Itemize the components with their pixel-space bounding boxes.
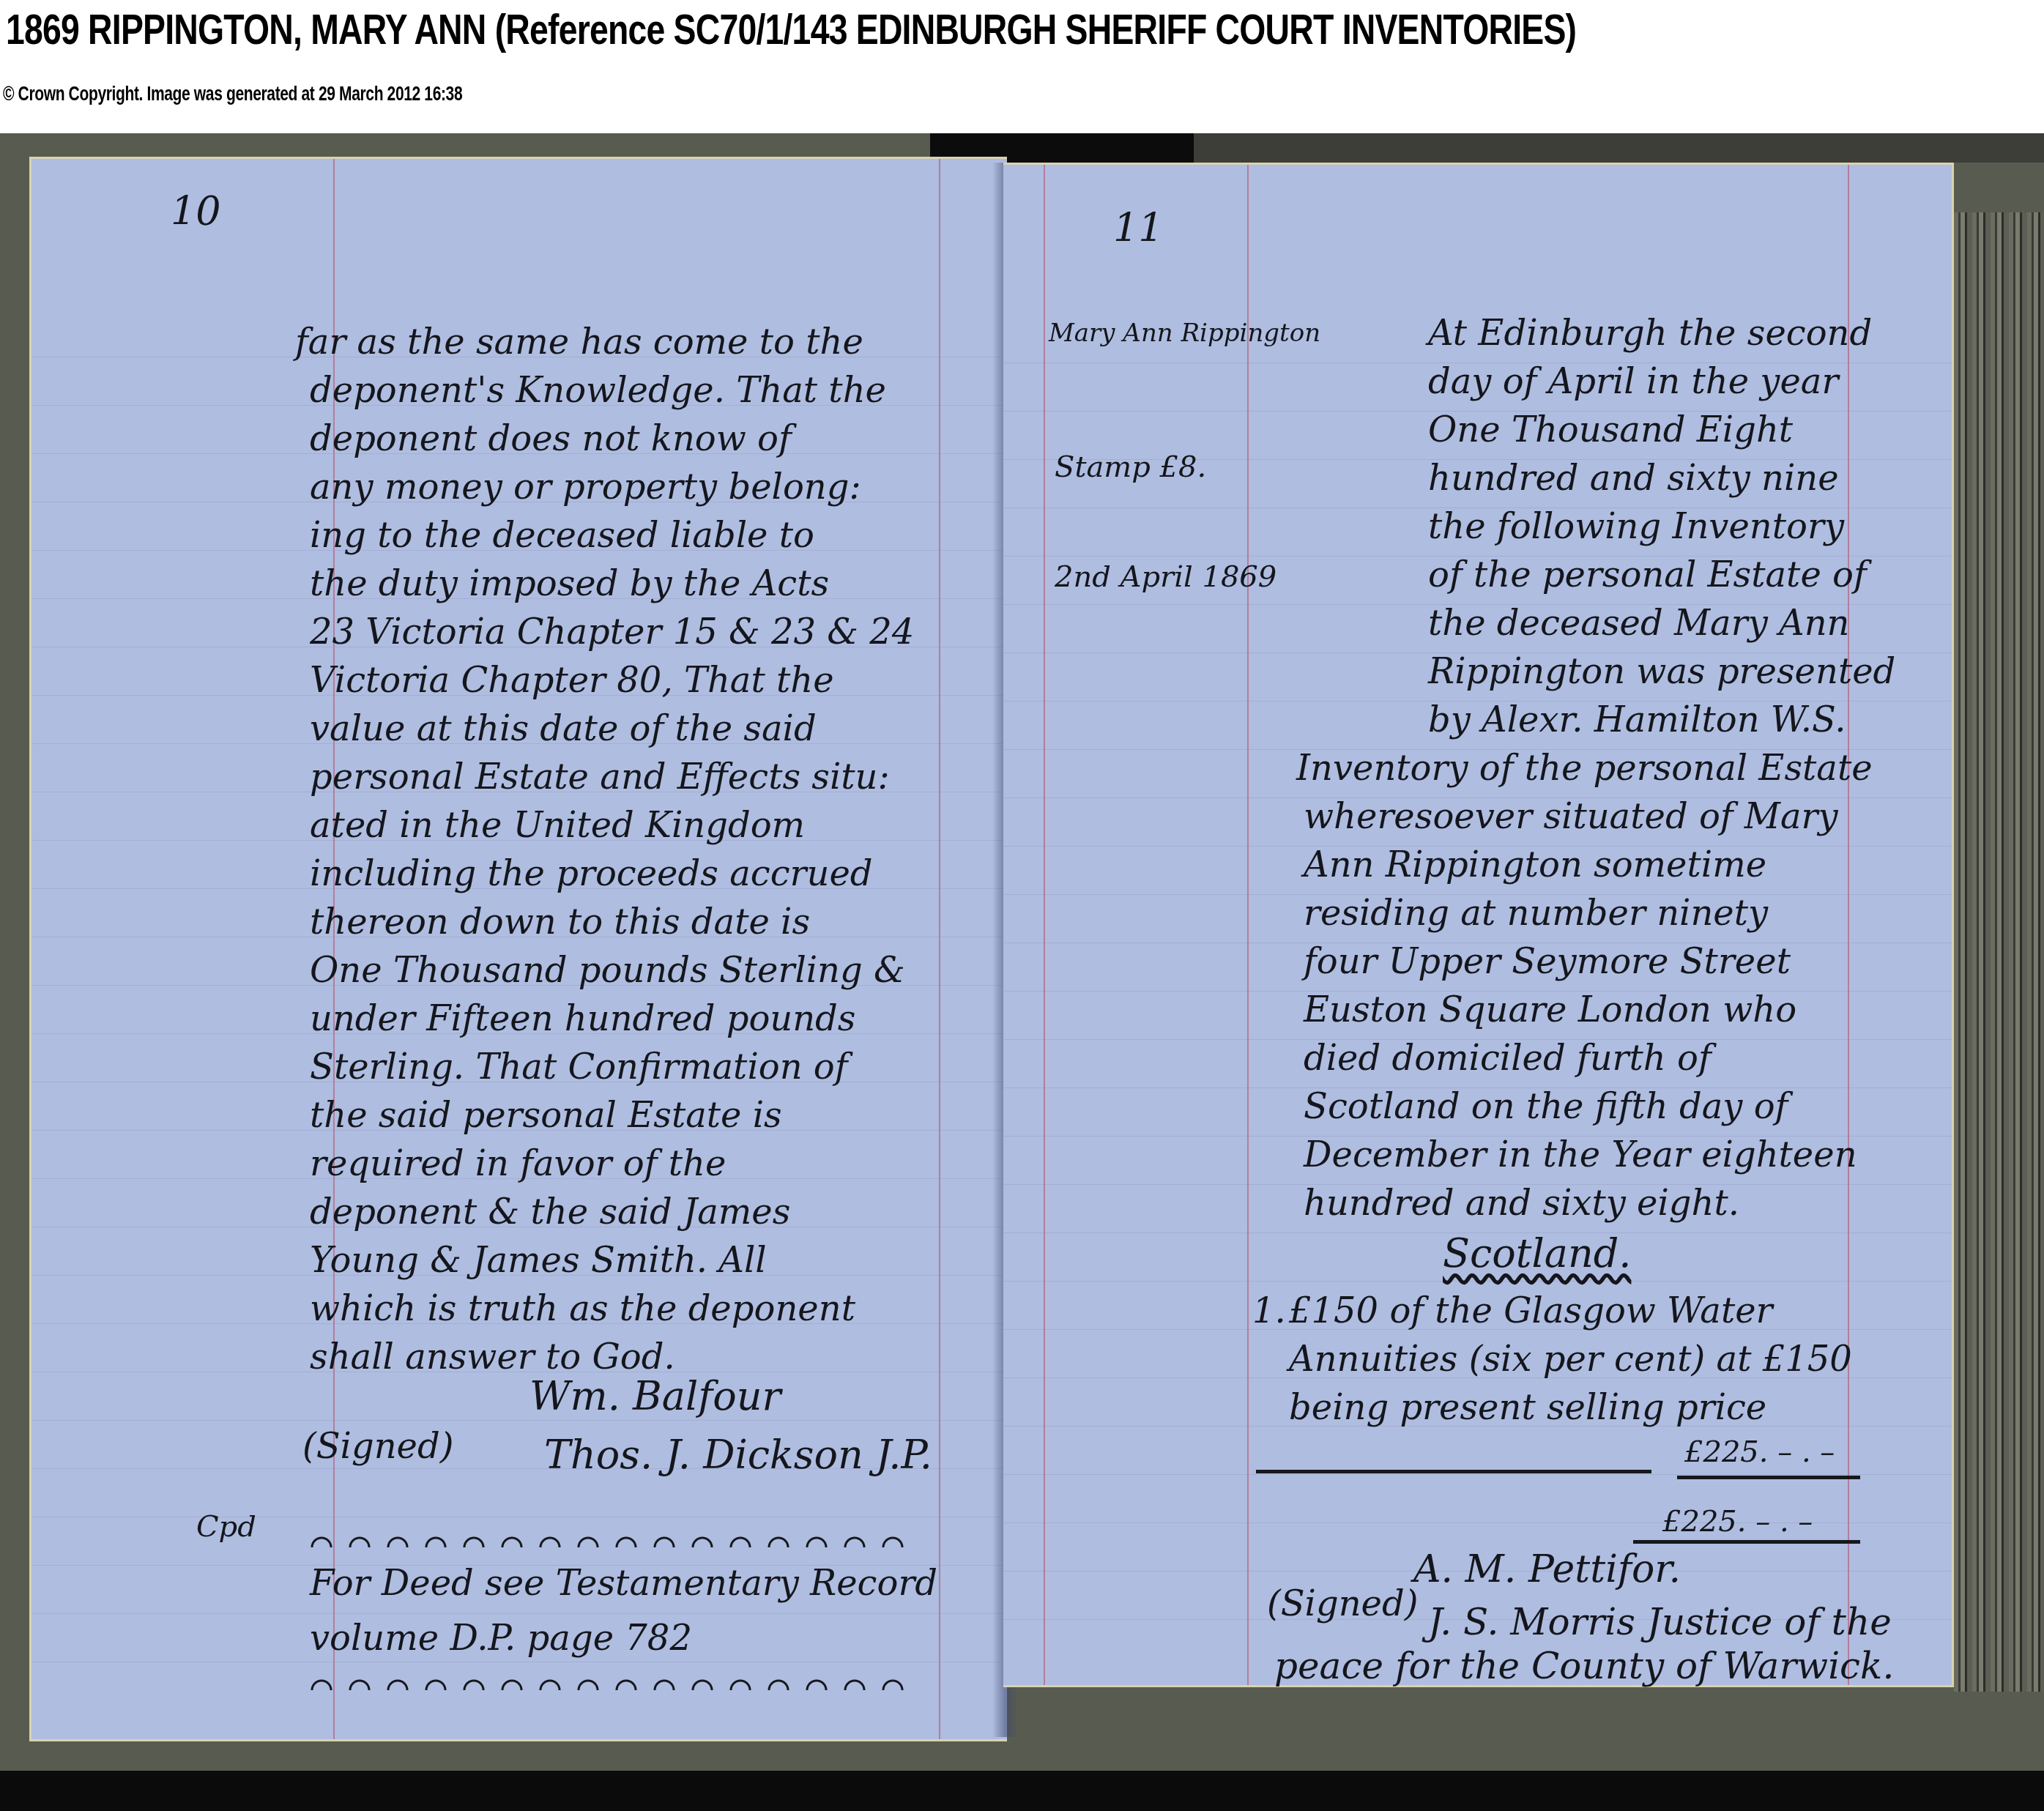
text-line: required in favor of the xyxy=(310,1142,726,1186)
text-line: hundred and sixty nine xyxy=(1428,456,1839,500)
total-amount: £225. – . – xyxy=(1662,1505,1813,1539)
ruled-line xyxy=(1003,1281,1952,1282)
stamp-duty: Stamp £8. xyxy=(1055,450,1206,484)
section-heading: Scotland. xyxy=(1443,1230,1631,1276)
text-line: by Alexr. Hamilton W.S. xyxy=(1428,698,1846,742)
background-band xyxy=(1194,133,2044,163)
text-line: deponent does not know of xyxy=(310,417,792,461)
margin-name: Mary Ann Rippington xyxy=(1049,319,1320,348)
signature: A. M. Pettifor. xyxy=(1413,1547,1681,1591)
margin-note: Cpd xyxy=(196,1510,256,1544)
text-line: died domiciled furth of xyxy=(1304,1036,1712,1080)
ruled-line xyxy=(31,1517,1007,1517)
text-line: the deceased Mary Ann xyxy=(1428,601,1850,645)
page-number: 10 xyxy=(171,188,221,234)
rule-line xyxy=(1677,1476,1860,1479)
text-line: At Edinburgh the second xyxy=(1428,311,1872,355)
signature: Thos. J. Dickson J.P. xyxy=(544,1433,932,1477)
text-line: the said personal Estate is xyxy=(310,1093,782,1137)
background-bottom xyxy=(0,1771,2044,1811)
deed-note-line: For Deed see Testamentary Record xyxy=(310,1561,937,1605)
text-line: ing to the deceased liable to xyxy=(310,513,814,557)
ruled-line xyxy=(1003,1474,1952,1475)
text-line: Ann Rippington sometime xyxy=(1304,843,1766,887)
text-line: hundred and sixty eight. xyxy=(1304,1181,1739,1225)
text-line: far as the same has come to the xyxy=(295,320,863,364)
page-header: 1869 RIPPINGTON, MARY ANN (Reference SC7… xyxy=(0,0,2044,133)
right-page: 11 Mary Ann Rippington Stamp £8. 2nd Apr… xyxy=(1003,163,1954,1687)
text-line: the duty imposed by the Acts xyxy=(310,562,829,606)
deed-note-line: volume D.P. page 782 xyxy=(310,1616,692,1660)
text-line: personal Estate and Effects situ: xyxy=(310,755,890,799)
text-line: One Thousand pounds Sterling & xyxy=(310,948,905,992)
left-page: 10 far as the same has come to the depon… xyxy=(29,157,1007,1741)
ruled-line xyxy=(31,1613,1007,1614)
text-line: December in the Year eighteen xyxy=(1304,1133,1857,1177)
text-line: four Upper Seymore Street xyxy=(1304,940,1791,983)
text-line: deponent's Knowledge. That the xyxy=(310,368,886,412)
text-line: Inventory of the personal Estate xyxy=(1296,746,1873,790)
text-line: including the proceeds accrued xyxy=(310,852,873,896)
text-line: ated in the United Kingdom xyxy=(310,803,805,847)
ruled-line xyxy=(31,1420,1007,1421)
margin-rule xyxy=(1247,165,1249,1685)
text-line: shall answer to God. xyxy=(310,1335,675,1379)
page-edges xyxy=(1954,212,2044,1692)
item-number: 1. xyxy=(1252,1289,1286,1333)
ruled-line xyxy=(31,1662,1007,1662)
text-line: thereon down to this date is xyxy=(310,900,810,944)
copyright-notice: © Crown Copyright. Image was generated a… xyxy=(3,82,462,105)
text-line: deponent & the said James xyxy=(310,1190,790,1234)
item-line: £150 of the Glasgow Water xyxy=(1289,1289,1773,1333)
record-date: 2nd April 1869 xyxy=(1055,560,1276,594)
scanned-ledger-image: 10 far as the same has come to the depon… xyxy=(0,133,2044,1811)
text-line: Scotland on the fifth day of xyxy=(1304,1085,1788,1128)
text-line: day of April in the year xyxy=(1428,360,1838,404)
signed-label: (Signed) xyxy=(302,1424,453,1468)
text-line: value at this date of the said xyxy=(310,707,817,751)
item-amount: £225. – . – xyxy=(1684,1435,1835,1469)
wavy-separator xyxy=(302,1528,910,1547)
text-line: Sterling. That Confirmation of xyxy=(310,1045,847,1089)
text-line: Euston Square London who xyxy=(1304,988,1796,1032)
signature-title: peace for the County of Warwick. xyxy=(1274,1644,1894,1688)
text-line: under Fifteen hundred pounds xyxy=(310,997,855,1041)
signature: J. S. Morris Justice of the xyxy=(1428,1600,1892,1644)
signature: Wm. Balfour xyxy=(529,1375,781,1418)
text-line: 23 Victoria Chapter 15 & 23 & 24 xyxy=(310,610,914,654)
text-line: of the personal Estate of xyxy=(1428,553,1867,597)
rule-line xyxy=(1256,1470,1651,1473)
margin-rule xyxy=(939,159,940,1739)
total-rule xyxy=(1633,1540,1860,1544)
text-line: which is truth as the deponent xyxy=(310,1287,855,1331)
item-line: being present selling price xyxy=(1289,1386,1766,1429)
signed-label: (Signed) xyxy=(1267,1582,1418,1626)
wavy-separator xyxy=(302,1671,910,1690)
text-line: wheresoever situated of Mary xyxy=(1304,795,1838,838)
margin-rule xyxy=(1848,165,1849,1685)
text-line: the following Inventory xyxy=(1428,505,1844,548)
text-line: Victoria Chapter 80, That the xyxy=(310,658,834,702)
document-title: 1869 RIPPINGTON, MARY ANN (Reference SC7… xyxy=(6,4,1576,56)
text-line: residing at number ninety xyxy=(1304,891,1768,935)
page-number: 11 xyxy=(1113,205,1164,251)
item-line: Annuities (six per cent) at £150 xyxy=(1289,1337,1852,1381)
text-line: Young & James Smith. All xyxy=(310,1238,767,1282)
text-line: Rippington was presented xyxy=(1428,650,1895,693)
margin-rule xyxy=(1044,165,1045,1685)
text-line: One Thousand Eight xyxy=(1428,408,1793,452)
text-line: any money or property belong: xyxy=(310,465,861,509)
